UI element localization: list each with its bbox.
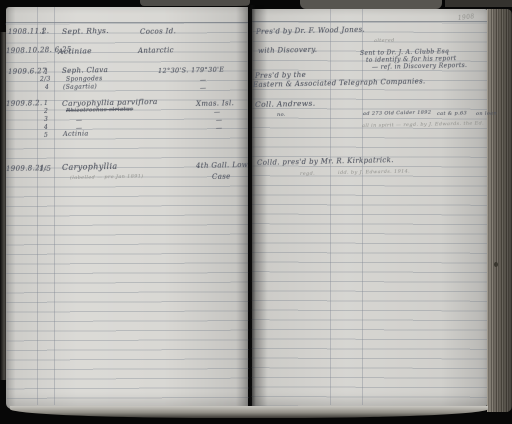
donor-note: with Discovery. [258,47,317,55]
left-cover-edge [0,32,6,380]
entry-number: 3 [44,117,48,123]
locality: Cocos Id. [140,28,176,36]
column-rule [330,9,331,405]
specimen-name: Seph. Clava [62,67,108,75]
top-margin-rule [252,21,488,22]
specimen-name: Spongodes [66,76,103,83]
column-rule [362,9,363,405]
ditto-mark: — [216,126,222,132]
ditto-mark: — [200,78,206,84]
specimen-name: Actinia [63,130,89,137]
entry-date: 1909.8.2. [6,100,43,108]
entry-date: 1909.6.27 [8,68,47,76]
backdrop-page-edge [140,0,250,6]
locality-coordinates: 12°30'S. 179°30'E [158,67,224,75]
number-column-rule [54,7,55,405]
specimen-name: (Sagartia) [63,84,97,91]
backdrop-page-edge [300,0,442,9]
remark-note: on loan [476,112,497,117]
locality: Xmas. Isl. [196,100,234,108]
collector-note: Coll. Andrews. [255,100,316,109]
register-photo: 1908 1908.11.2. 1 Sept. Rhys. Cocos Id. … [0,0,512,424]
entry-number: 5 [44,133,48,139]
remark-note: cat & p.63 [437,111,467,117]
location-in-museum: 4th Gall. Low [196,162,248,170]
location-in-museum: Case [212,174,231,181]
ditto-mark: — [214,110,220,116]
ditto-mark: — [216,118,222,124]
top-margin-rule [6,22,248,23]
entry-number: 1/5 [39,166,51,173]
backdrop-page-edge [445,0,512,7]
donor-note: Pres'd by the [255,72,306,80]
entry-number: 1 [41,29,46,36]
fore-edge-blemish [494,262,498,267]
pencil-annotation: altered [374,39,395,44]
entry-number: 2 [44,109,48,115]
locality: Antarctic [138,47,174,55]
specimen-name: Actiniae [58,47,92,55]
ditto-mark: — [76,118,82,124]
entry-number: 4 [44,125,48,131]
entry-number: 1 [44,101,48,107]
book-gutter [236,5,268,417]
entry-number: 4 [45,85,49,91]
bottom-page-edge [10,406,488,418]
entry-number: 2/3 [40,77,51,83]
pencil-annotation: regd. [300,172,315,177]
specimen-name: Sept. Rhys. [62,27,109,35]
ditto-mark: — [200,86,206,92]
remark-note: no. [277,113,286,118]
specimen-name: Caryophyllia [62,163,118,172]
fore-edge-pages [487,9,512,412]
